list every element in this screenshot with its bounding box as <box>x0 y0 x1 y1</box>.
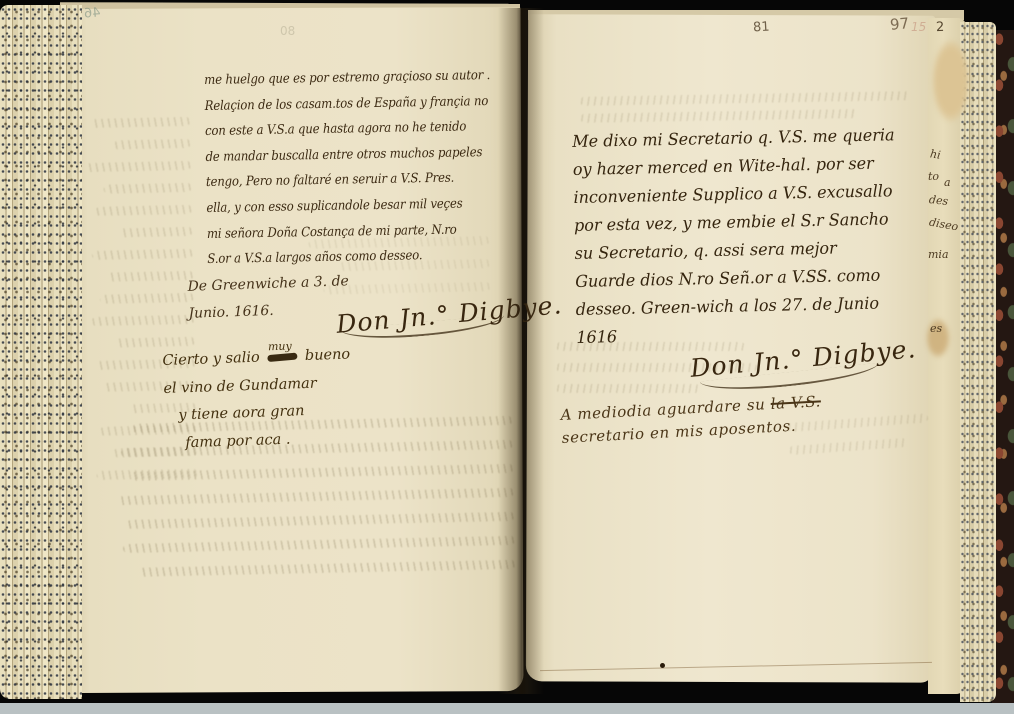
left-page-body: me huelgo que es por estremo graçioso su… <box>204 63 494 273</box>
superscript-correction: muy <box>267 332 292 360</box>
folio-number-ghost: 80 <box>280 24 295 38</box>
annotation-text: bueno <box>305 346 351 364</box>
edge-text-fragment: hi <box>929 147 941 161</box>
folio-number-pencil: 97 <box>889 14 910 34</box>
ink-speck <box>660 663 665 668</box>
folio-number-ghost: 46 <box>83 5 101 21</box>
folio-number-red-ghost: 15 <box>911 20 926 34</box>
folio-number-edge: 2 <box>936 20 945 35</box>
left-page-annotation: Cierto y salio muy bueno el vino de Gund… <box>162 341 354 457</box>
paper-stain <box>932 40 970 122</box>
manuscript-line: fama por aca . <box>185 424 354 457</box>
manuscript-photo: 46 80 81 97 15 2 me huelgo que es por es… <box>0 0 1014 714</box>
right-page-body: Me dixo mi Secretario q. V.S. me queria … <box>572 121 899 352</box>
manuscript-line: mi señora Doña Costança de mi parte, N.r… <box>207 217 493 248</box>
edge-text-fragment: des <box>928 193 948 208</box>
right-page-edge-stack <box>960 22 996 702</box>
edge-text-fragment: es <box>930 322 942 335</box>
scanner-bed <box>0 703 1014 714</box>
edge-text-fragment: to <box>928 170 939 183</box>
left-page-dateline: De Greenwiche a 3. de Junio. 1616. <box>187 268 350 328</box>
edge-text-fragment: mia <box>928 248 949 261</box>
book-gutter-shadow <box>498 8 544 694</box>
manuscript-line: De Greenwiche a 3. de <box>187 268 349 301</box>
crossed-out-text: la V.S. <box>770 392 821 413</box>
manuscript-line: S.or a V.S.a largos años como desseo. <box>207 242 493 273</box>
annotation-text: Cierto y salio <box>162 350 260 369</box>
crossed-out-word: muy <box>264 343 301 372</box>
folio-number-center: 81 <box>753 20 770 36</box>
left-fore-edge-stack <box>0 5 82 699</box>
manuscript-line: Junio. 1616. <box>188 295 350 328</box>
edge-text-fragment: a <box>944 176 951 189</box>
